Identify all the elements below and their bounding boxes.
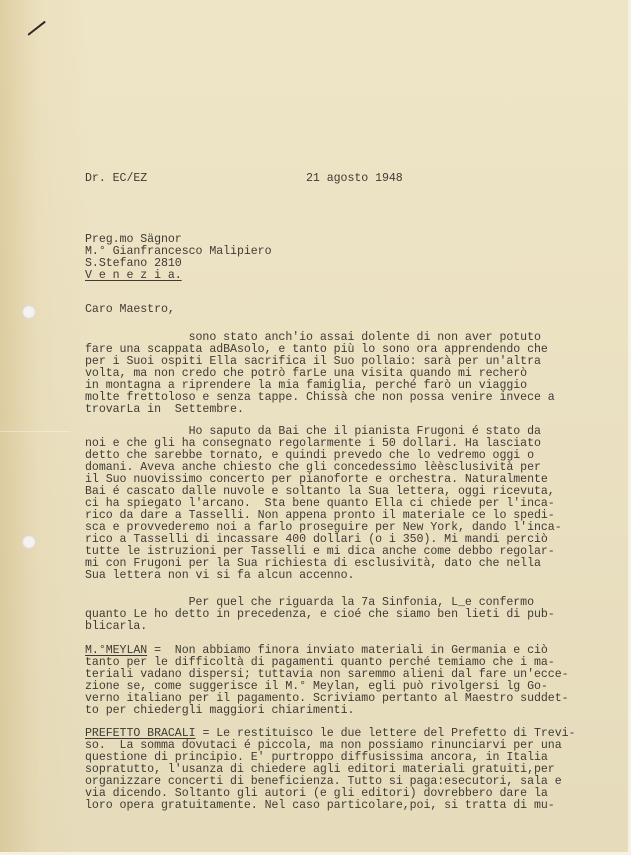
text-line: trovarLa in Settembre. — [85, 404, 244, 416]
pen-stroke-mark — [27, 21, 46, 36]
punch-hole — [22, 535, 36, 549]
greeting: Caro Maestro, — [85, 304, 175, 316]
letter-page: Dr. EC/EZ 21 agosto 1948 Preg.mo Sägnor … — [0, 0, 631, 855]
text-line: to per chiedergli maggiori chiarimenti. — [85, 705, 354, 717]
reference-code: Dr. EC/EZ — [85, 173, 147, 185]
paper-fold — [0, 431, 70, 432]
text-line: Sua lettera non vi si fa alcun accenno. — [85, 570, 354, 582]
text-line: blicarla. — [85, 621, 147, 633]
punch-hole — [22, 305, 36, 319]
text-line: loro opera gratuitamente. Nel caso parti… — [85, 800, 555, 812]
text-line: quanto Le ho detto in precedenza, e cioé… — [85, 609, 555, 621]
letter-date: 21 agosto 1948 — [306, 173, 403, 185]
recipient-city: V e n e z i a. — [85, 270, 182, 282]
